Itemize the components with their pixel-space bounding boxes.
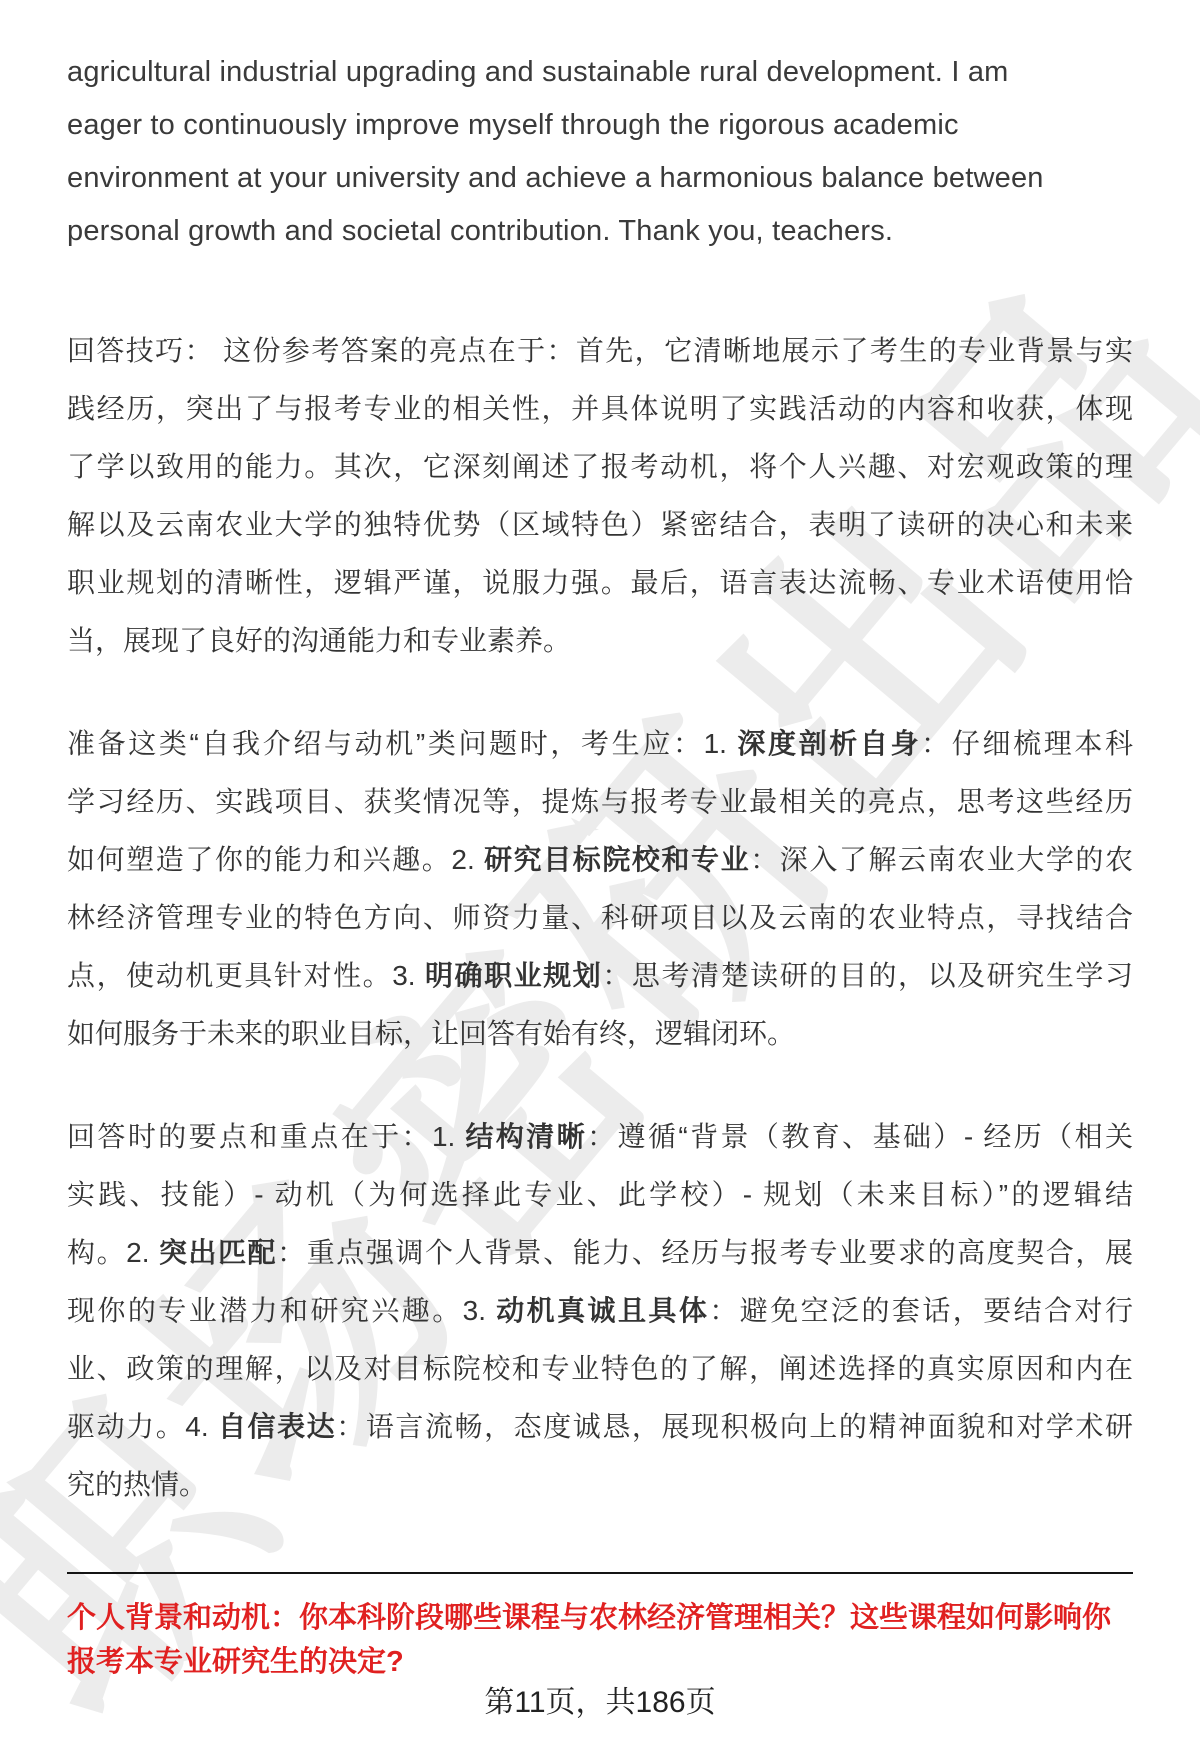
- text-line: 如何服务于未来的职业目标，让回答有始有终，逻辑闭环。: [67, 1005, 1133, 1063]
- text-line: 当，展现了良好的沟通能力和专业素养。: [67, 612, 1133, 670]
- text-line: 回答技巧： 这份参考答案的亮点在于：首先，它清晰地展示了考生的专业背景与实: [67, 322, 1133, 380]
- document-page: 职场密研出品 agricultural industrial upgrading…: [0, 0, 1200, 1755]
- text-line: 现你的专业潜力和研究兴趣。3. 动机真诚且具体：避免空泛的套话，要结合对行: [67, 1282, 1133, 1340]
- text-line: environment at your university and achie…: [67, 152, 1133, 205]
- text-line: 报考本专业研究生的决定?: [67, 1640, 1133, 1684]
- english-paragraph: agricultural industrial upgrading and su…: [67, 46, 1133, 258]
- text-line: 实践、技能）- 动机（为何选择此专业、此学校）- 规划（未来目标）”的逻辑结: [67, 1166, 1133, 1224]
- text-line: agricultural industrial upgrading and su…: [67, 46, 1133, 99]
- page-footer: 第11页，共186页: [67, 1683, 1133, 1723]
- text-line: 驱动力。4. 自信表达：语言流畅，态度诚恳，展现积极向上的精神面貌和对学术研: [67, 1398, 1133, 1456]
- text-line: 学习经历、实践项目、获奖情况等，提炼与报考专业最相关的亮点，思考这些经历: [67, 773, 1133, 831]
- text-line: 如何塑造了你的能力和兴趣。2. 研究目标院校和专业：深入了解云南农业大学的农: [67, 831, 1133, 889]
- text-line: 职业规划的清晰性，逻辑严谨，说服力强。最后，语言表达流畅、专业术语使用恰: [67, 554, 1133, 612]
- paragraph-answer-technique: 回答技巧： 这份参考答案的亮点在于：首先，它清晰地展示了考生的专业背景与实践经历…: [67, 322, 1133, 670]
- text-line: 准备这类“自我介绍与动机”类问题时，考生应：1. 深度剖析自身：仔细梳理本科: [67, 715, 1133, 773]
- text-line: 点，使动机更具针对性。3. 明确职业规划：思考清楚读研的目的，以及研究生学习: [67, 947, 1133, 1005]
- text-line: 究的热情。: [67, 1456, 1133, 1514]
- paragraph-preparation: 准备这类“自我介绍与动机”类问题时，考生应：1. 深度剖析自身：仔细梳理本科学习…: [67, 715, 1133, 1063]
- paragraph-key-points: 回答时的要点和重点在于：1. 结构清晰：遵循“背景（教育、基础）- 经历（相关实…: [67, 1108, 1133, 1514]
- text-line: 林经济管理专业的特色方向、师资力量、科研项目以及云南的农业特点，寻找结合: [67, 889, 1133, 947]
- text-line: 了学以致用的能力。其次，它深刻阐述了报考动机，将个人兴趣、对宏观政策的理: [67, 438, 1133, 496]
- text-line: eager to continuously improve myself thr…: [67, 99, 1133, 152]
- section-divider: [67, 1572, 1133, 1574]
- text-line: 解以及云南农业大学的独特优势（区域特色）紧密结合，表明了读研的决心和未来: [67, 496, 1133, 554]
- text-line: 业、政策的理解，以及对目标院校和专业特色的了解，阐述选择的真实原因和内在: [67, 1340, 1133, 1398]
- text-line: 个人背景和动机：你本科阶段哪些课程与农林经济管理相关？这些课程如何影响你: [67, 1596, 1133, 1640]
- text-line: 构。2. 突出匹配：重点强调个人背景、能力、经历与报考专业要求的高度契合，展: [67, 1224, 1133, 1282]
- document-content: agricultural industrial upgrading and su…: [67, 0, 1133, 1755]
- question-heading: 个人背景和动机：你本科阶段哪些课程与农林经济管理相关？这些课程如何影响你报考本专…: [67, 1596, 1133, 1684]
- text-line: personal growth and societal contributio…: [67, 205, 1133, 258]
- text-line: 践经历，突出了与报考专业的相关性，并具体说明了实践活动的内容和收获，体现: [67, 380, 1133, 438]
- text-line: 回答时的要点和重点在于：1. 结构清晰：遵循“背景（教育、基础）- 经历（相关: [67, 1108, 1133, 1166]
